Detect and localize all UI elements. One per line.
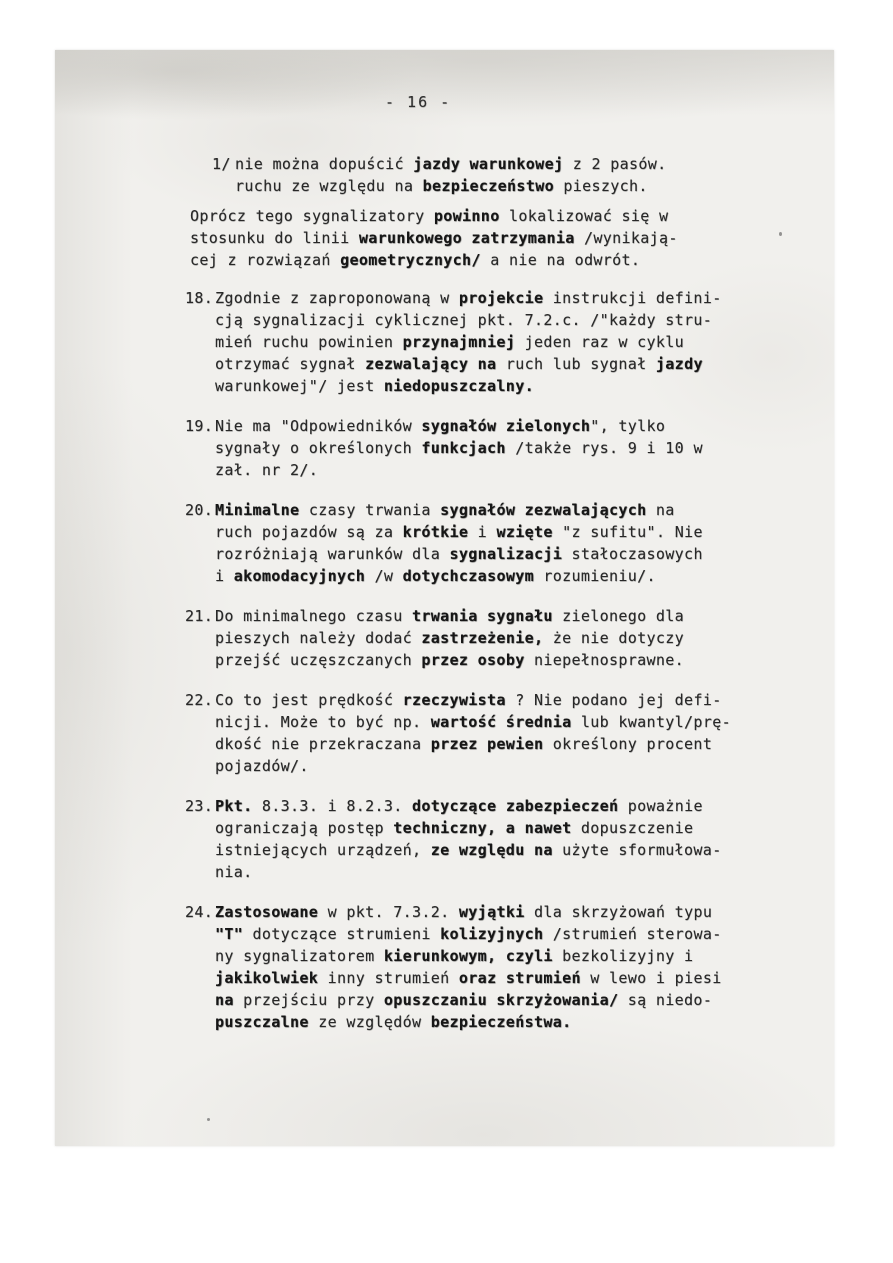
text-line: Do minimalnego czasu trwania sygnału zie… <box>215 605 785 627</box>
list-item-22: 22.Co to jest prędkość rzeczywista ? Nie… <box>185 689 785 777</box>
bold-text-segment: geometrycznych/ <box>340 251 481 269</box>
list-item-24: 24.Zastosowane w pkt. 7.3.2. wyjątki dla… <box>185 901 785 1033</box>
text-segment: pieszych należy dodać <box>215 629 421 647</box>
text-line: nia. <box>215 861 785 883</box>
text-segment: Co to jest prędkość <box>215 691 403 709</box>
text-line: "T" dotyczące strumieni kolizyjnych /str… <box>215 923 785 945</box>
paragraph-lines: Pkt. 8.3.3. i 8.2.3. dotyczące zabezpiec… <box>215 795 785 883</box>
bold-text-segment: przynajmniej <box>403 333 516 351</box>
bold-text-segment: wzięte <box>496 523 552 541</box>
text-segment: zielonego dla <box>553 607 684 625</box>
text-line: Minimalne czasy trwania sygnałów zezwala… <box>215 499 785 521</box>
list-item-20: 20.Minimalne czasy trwania sygnałów zezw… <box>185 499 785 587</box>
text-segment: rozróżniają warunków dla <box>215 545 450 563</box>
text-segment: jeden raz w cyklu <box>515 333 684 351</box>
text-segment: 8.3.3. i 8.2.3. <box>253 797 412 815</box>
text-segment: dopuszczenie <box>571 819 693 837</box>
bold-text-segment: jakikolwiek <box>215 969 318 987</box>
item-number: 19. <box>185 415 215 437</box>
text-segment: ruchu ze względu na <box>235 177 423 195</box>
document-body: 1/nie można dopuścić jazdy warunkowej z … <box>185 153 785 1033</box>
text-segment: /wynikają- <box>575 229 678 247</box>
text-segment: inny strumień <box>318 969 459 987</box>
paragraph-lines: nie można dopuścić jazdy warunkowej z 2 … <box>235 153 785 197</box>
text-line: puszczalne ze względów bezpieczeństwa. <box>215 1011 785 1033</box>
bold-text-segment: ze względu na <box>431 841 553 859</box>
bold-text-segment: przez pewien <box>431 735 544 753</box>
text-segment: nicji. Może to być np. <box>215 713 431 731</box>
text-line: nie można dopuścić jazdy warunkowej z 2 … <box>235 153 785 175</box>
bold-text-segment: "T" <box>215 925 243 943</box>
text-segment: nia. <box>215 863 253 881</box>
text-line: sygnały o określonych funkcjach /także r… <box>215 437 785 459</box>
bold-text-segment: jazdy <box>656 355 703 373</box>
paragraph-lines: Zastosowane w pkt. 7.3.2. wyjątki dla sk… <box>215 901 785 1033</box>
bold-text-segment: przez osoby <box>421 651 524 669</box>
text-line: cej z rozwiązań geometrycznych/ a nie na… <box>190 249 785 271</box>
text-segment: pojazdów/. <box>215 757 309 775</box>
bold-text-segment: bezpieczeństwo <box>423 177 554 195</box>
bold-text-segment: opuszczaniu skrzyżowania/ <box>384 991 619 1009</box>
bold-text-segment: kolizyjnych <box>440 925 543 943</box>
text-segment: pieszych. <box>554 177 648 195</box>
bold-text-segment: kierunkowym, czyli <box>384 947 553 965</box>
text-segment: zał. nr 2/. <box>215 461 318 479</box>
text-segment: i <box>468 523 496 541</box>
text-segment: w pkt. 7.3.2. <box>318 903 459 921</box>
scan-speck <box>779 232 782 236</box>
text-line: przejść uczęszczanych przez osoby niepeł… <box>215 649 785 671</box>
list-item-23: 23.Pkt. 8.3.3. i 8.2.3. dotyczące zabezp… <box>185 795 785 883</box>
text-line: zał. nr 2/. <box>215 459 785 481</box>
text-line: Co to jest prędkość rzeczywista ? Nie po… <box>215 689 785 711</box>
text-segment: rozumieniu/. <box>534 567 656 585</box>
text-segment: dotyczące strumieni <box>243 925 440 943</box>
text-segment: są niedo- <box>618 991 712 1009</box>
bold-text-segment: sygnałów zezwalających <box>440 501 646 519</box>
text-line: otrzymać sygnał zezwalający na ruch lub … <box>215 353 785 375</box>
bold-text-segment: rzeczywista <box>403 691 506 709</box>
text-segment: Do minimalnego czasu <box>215 607 412 625</box>
list-item-19: 19.Nie ma "Odpowiedników sygnałów zielon… <box>185 415 785 481</box>
text-segment: na <box>647 501 675 519</box>
text-segment: określony procent <box>543 735 712 753</box>
text-segment: cej z rozwiązań <box>190 251 340 269</box>
text-segment: sygnały o określonych <box>215 439 421 457</box>
text-segment: bezkolizyjny i <box>553 947 694 965</box>
text-segment: Nie ma "Odpowiedników <box>215 417 421 435</box>
text-line: warunkowej"/ jest niedopuszczalny. <box>215 375 785 397</box>
bold-text-segment: Minimalne <box>215 501 299 519</box>
text-segment: z 2 pasów. <box>563 155 666 173</box>
text-segment: lub kwantyl/prę- <box>571 713 730 731</box>
sub-item: 1/nie można dopuścić jazdy warunkowej z … <box>212 153 785 197</box>
scan-canvas: - 16 - 1/nie można dopuścić jazdy warunk… <box>0 0 893 1263</box>
text-line: Oprócz tego sygnalizatory powinno lokali… <box>190 205 785 227</box>
bold-text-segment: puszczalne <box>215 1013 309 1031</box>
text-line: jakikolwiek inny strumień oraz strumień … <box>215 967 785 989</box>
text-segment: a nie na odwrót. <box>481 251 640 269</box>
text-segment: w lewo i piesi <box>581 969 722 987</box>
bold-text-segment: oraz strumień <box>459 969 581 987</box>
list-item-18: 18.Zgodnie z zaproponowaną w projekcie i… <box>185 287 785 397</box>
bold-text-segment: powinno <box>434 207 500 225</box>
text-line: ruch pojazdów są za krótkie i wzięte "z … <box>215 521 785 543</box>
text-line: ograniczają postęp techniczny, a nawet d… <box>215 817 785 839</box>
item-number: 20. <box>185 499 215 521</box>
bold-text-segment: Zastosowane <box>215 903 318 921</box>
bold-text-segment: sygnalizacji <box>450 545 563 563</box>
text-segment: poważnie <box>618 797 702 815</box>
scanned-document-page: - 16 - 1/nie można dopuścić jazdy warunk… <box>55 50 834 1146</box>
text-segment: lokalizować się w <box>500 207 669 225</box>
text-segment: ze względów <box>309 1013 431 1031</box>
text-segment: ? Nie podano jej defi- <box>506 691 722 709</box>
text-segment: ", tylko <box>590 417 665 435</box>
text-segment: /strumień sterowa- <box>543 925 721 943</box>
text-segment: warunkowej"/ jest <box>215 377 384 395</box>
text-segment: niepełnosprawne. <box>525 651 684 669</box>
text-line: Pkt. 8.3.3. i 8.2.3. dotyczące zabezpiec… <box>215 795 785 817</box>
paragraph-lines: Do minimalnego czasu trwania sygnału zie… <box>215 605 785 671</box>
text-segment: ograniczają postęp <box>215 819 393 837</box>
text-segment: stosunku do linii <box>190 229 359 247</box>
item-number: 24. <box>185 901 215 923</box>
bold-text-segment: krótkie <box>403 523 469 541</box>
text-segment: dla skrzyżowań typu <box>525 903 713 921</box>
paragraph-lines: Minimalne czasy trwania sygnałów zezwala… <box>215 499 785 587</box>
item-number: 22. <box>185 689 215 711</box>
item-number: 21. <box>185 605 215 627</box>
text-segment: że nie dotyczy <box>543 629 684 647</box>
text-segment: i <box>215 567 234 585</box>
paragraph-lines: Zgodnie z zaproponowaną w projekcie inst… <box>215 287 785 397</box>
text-line: cją sygnalizacji cyklicznej pkt. 7.2.c. … <box>215 309 785 331</box>
text-segment: instrukcji defini- <box>543 289 721 307</box>
text-line: stosunku do linii warunkowego zatrzymani… <box>190 227 785 249</box>
list-item-21: 21.Do minimalnego czasu trwania sygnału … <box>185 605 785 671</box>
text-line: istniejących urządzeń, ze względu na uży… <box>215 839 785 861</box>
text-line: Zastosowane w pkt. 7.3.2. wyjątki dla sk… <box>215 901 785 923</box>
text-line: mień ruchu powinien przynajmniej jeden r… <box>215 331 785 353</box>
text-line: pojazdów/. <box>215 755 785 777</box>
bold-text-segment: dotyczące zabezpieczeń <box>412 797 618 815</box>
text-line: Zgodnie z zaproponowaną w projekcie inst… <box>215 287 785 309</box>
text-segment: cją sygnalizacji cyklicznej pkt. 7.2.c. … <box>215 311 712 329</box>
bold-text-segment: trwania sygnału <box>412 607 553 625</box>
bold-text-segment: Pkt. <box>215 797 253 815</box>
text-segment: istniejących urządzeń, <box>215 841 431 859</box>
item-number: 23. <box>185 795 215 817</box>
bold-text-segment: jazdy warunkowej <box>413 155 563 173</box>
text-line: na przejściu przy opuszczaniu skrzyżowan… <box>215 989 785 1011</box>
paragraph-lines: Oprócz tego sygnalizatory powinno lokali… <box>190 205 785 271</box>
bold-text-segment: niedopuszczalny. <box>384 377 534 395</box>
text-segment: "z sufitu". Nie <box>553 523 703 541</box>
text-segment: czasy trwania <box>299 501 440 519</box>
bold-text-segment: sygnałów zielonych <box>421 417 590 435</box>
text-segment: Zgodnie z zaproponowaną w <box>215 289 459 307</box>
text-line: rozróżniają warunków dla sygnalizacji st… <box>215 543 785 565</box>
bold-text-segment: wyjątki <box>459 903 525 921</box>
scan-speck <box>207 1118 210 1121</box>
item-number: 1/ <box>212 153 235 175</box>
text-segment: Oprócz tego sygnalizatory <box>190 207 434 225</box>
text-line: ruchu ze względu na bezpieczeństwo piesz… <box>235 175 785 197</box>
bold-text-segment: warunkowego zatrzymania <box>359 229 575 247</box>
text-line: i akomodacyjnych /w dotychczasowym rozum… <box>215 565 785 587</box>
text-line: nicji. Może to być np. wartość średnia l… <box>215 711 785 733</box>
text-segment: ny sygnalizatorem <box>215 947 384 965</box>
text-segment: przejść uczęszczanych <box>215 651 421 669</box>
bold-text-segment: dotychczasowym <box>403 567 534 585</box>
bold-text-segment: bezpieczeństwa. <box>431 1013 572 1031</box>
bold-text-segment: projekcie <box>459 289 543 307</box>
text-line: dkość nie przekraczana przez pewien okre… <box>215 733 785 755</box>
text-segment: ruch pojazdów są za <box>215 523 403 541</box>
item-number: 18. <box>185 287 215 309</box>
text-line: ny sygnalizatorem kierunkowym, czyli bez… <box>215 945 785 967</box>
text-segment: nie można dopuścić <box>235 155 413 173</box>
text-segment: /w <box>365 567 403 585</box>
text-line: pieszych należy dodać zastrzeżenie, że n… <box>215 627 785 649</box>
text-line: Nie ma "Odpowiedników sygnałów zielonych… <box>215 415 785 437</box>
bold-text-segment: techniczny, a nawet <box>393 819 571 837</box>
bold-text-segment: zastrzeżenie, <box>421 629 543 647</box>
text-segment: otrzymać sygnał <box>215 355 365 373</box>
bold-text-segment: funkcjach <box>421 439 505 457</box>
bold-text-segment: na <box>215 991 234 1009</box>
bold-text-segment: wartość średnia <box>431 713 572 731</box>
paragraph: Oprócz tego sygnalizatory powinno lokali… <box>190 205 785 271</box>
text-segment: mień ruchu powinien <box>215 333 403 351</box>
text-segment: dkość nie przekraczana <box>215 735 431 753</box>
text-segment: ruch lub sygnał <box>496 355 655 373</box>
bold-text-segment: akomodacyjnych <box>234 567 365 585</box>
paragraph-lines: Co to jest prędkość rzeczywista ? Nie po… <box>215 689 785 777</box>
text-segment: użyte sformułowa- <box>553 841 722 859</box>
text-segment: stałoczasowych <box>562 545 703 563</box>
text-segment: /także rys. 9 i 10 w <box>506 439 703 457</box>
page-number: - 16 - <box>385 93 451 111</box>
text-segment: przejściu przy <box>234 991 384 1009</box>
paragraph-lines: Nie ma "Odpowiedników sygnałów zielonych… <box>215 415 785 481</box>
bold-text-segment: zezwalający na <box>365 355 496 373</box>
